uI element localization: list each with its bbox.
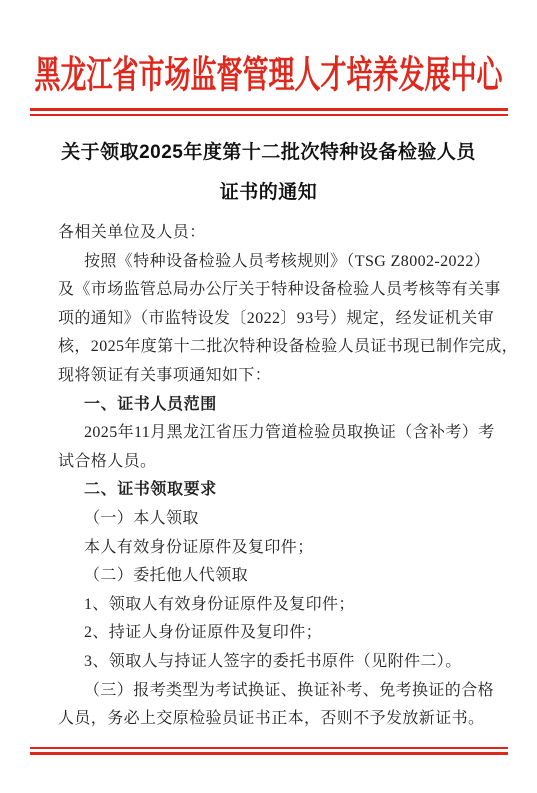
- body-line-sub-1-req: 本人有效身份证原件及复印件；: [58, 534, 502, 563]
- body-line-intro-2: 及《市场监管总局办公厅关于特种设备检验人员考核等有关事: [58, 276, 502, 305]
- notice-title: 关于领取2025年度第十二批次特种设备检验人员 证书的通知: [0, 133, 537, 213]
- notice-title-line1: 关于领取2025年度第十二批次特种设备检验人员: [0, 133, 537, 173]
- letterhead-org-title-text: 黑龙江省市场监督管理人才培养发展中心: [34, 48, 502, 103]
- body-line-item-3: 3、领取人与持证人签字的委托书原件（见附件二）。: [58, 648, 502, 677]
- header-rule-thin: [30, 114, 508, 116]
- body-line-intro-5: 现将领证有关事项通知如下：: [58, 362, 502, 391]
- notice-title-line2: 证书的通知: [0, 173, 537, 213]
- letterhead-org-title: 黑龙江省市场监督管理人才培养发展中心: [0, 57, 537, 95]
- body-line-sub-1: （一）本人领取: [58, 505, 502, 534]
- body-line-item-1: 1、领取人有效身份证原件及复印件；: [58, 591, 502, 620]
- footer-rule-thick: [30, 752, 508, 755]
- notice-body: 各相关单位及人员： 按照《特种设备检验人员考核规则》（TSG Z8002-202…: [58, 219, 502, 734]
- body-line-intro-1: 按照《特种设备检验人员考核规则》（TSG Z8002-2022）: [58, 248, 502, 277]
- body-line-scope-1: 2025年11月黑龙江省压力管道检验员取换证（含补考）考: [58, 419, 502, 448]
- body-line-item-2: 2、持证人身份证原件及复印件；: [58, 619, 502, 648]
- footer-rule-thin: [30, 747, 508, 749]
- header-rule-thick: [30, 108, 508, 111]
- body-line-intro-3: 项的通知》（市监特设发〔2022〕93号）规定，经发证机关审: [58, 305, 502, 334]
- body-line-intro-4: 核，2025年度第十二批次特种设备检验人员证书现已制作完成，: [58, 333, 502, 362]
- body-line-sub-3-1: （三）报考类型为考试换证、换证补考、免考换证的合格: [58, 677, 502, 706]
- body-heading-section-1: 一、证书人员范围: [58, 391, 502, 420]
- document-page: 黑龙江省市场监督管理人才培养发展中心 关于领取2025年度第十二批次特种设备检验…: [0, 0, 537, 793]
- body-line-sub-2: （二）委托他人代领取: [58, 562, 502, 591]
- body-line-scope-2: 试合格人员。: [58, 448, 502, 477]
- body-line-salutation: 各相关单位及人员：: [58, 219, 502, 248]
- body-line-sub-3-2: 人员，务必上交原检验员证书正本，否则不予发放新证书。: [58, 705, 502, 734]
- body-heading-section-2: 二、证书领取要求: [58, 476, 502, 505]
